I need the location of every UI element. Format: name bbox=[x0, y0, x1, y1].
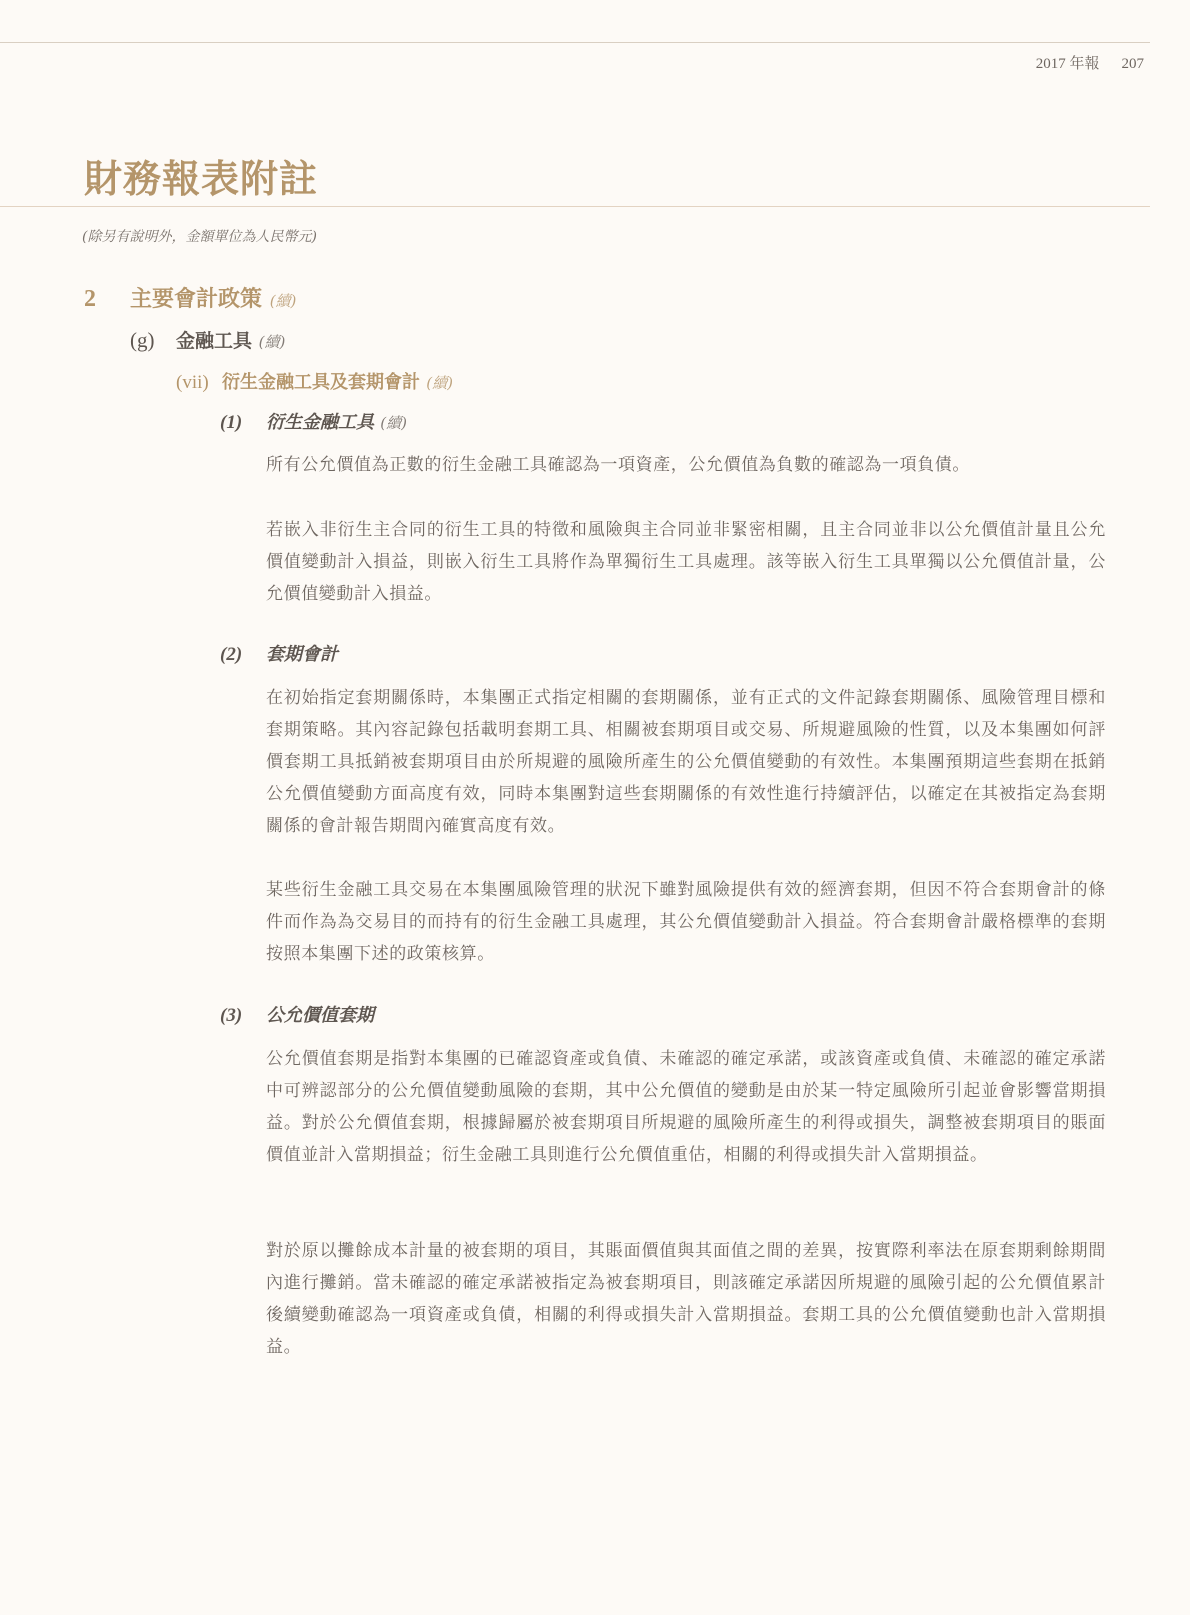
paragraph: 若嵌入非衍生主合同的衍生工具的特徵和風險與主合同並非緊密相關，且主合同並非以公允… bbox=[266, 514, 1106, 610]
section-number: 2 bbox=[84, 286, 130, 313]
section-heading: 2主要會計政策 (續) bbox=[84, 282, 296, 313]
paragraph: 某些衍生金融工具交易在本集團風險管理的狀況下雖對風險提供有效的經濟套期，但因不符… bbox=[266, 874, 1106, 970]
continued-label: (續) bbox=[259, 333, 286, 351]
unit-note: (除另有說明外，金額單位為人民幣元) bbox=[82, 226, 317, 246]
part-heading-2: (2)套期會計 bbox=[220, 640, 338, 666]
page-number: 207 bbox=[1122, 56, 1145, 72]
title-rule bbox=[0, 206, 1150, 207]
subsection-heading: (g)金融工具 (續) bbox=[130, 326, 285, 353]
part-heading-1: (1)衍生金融工具 (續) bbox=[220, 408, 407, 434]
part-title: 套期會計 bbox=[266, 644, 338, 665]
header-rule bbox=[0, 42, 1150, 43]
item-number: (vii) bbox=[176, 372, 222, 394]
part-number: (3) bbox=[220, 1005, 266, 1027]
paragraph: 所有公允價值為正數的衍生金融工具確認為一項資產，公允價值為負數的確認為一項負債。 bbox=[266, 449, 1106, 481]
subsection-title: 金融工具 bbox=[176, 330, 252, 352]
paragraph: 公允價值套期是指對本集團的已確認資產或負債、未確認的確定承諾，或該資產或負債、未… bbox=[266, 1043, 1106, 1171]
subsection-number: (g) bbox=[130, 328, 176, 353]
continued-label: (續) bbox=[380, 414, 407, 432]
part-number: (1) bbox=[220, 412, 266, 434]
continued-label: (續) bbox=[270, 292, 297, 310]
part-title: 衍生金融工具 bbox=[266, 412, 374, 433]
item-heading: (vii)衍生金融工具及套期會計 (續) bbox=[176, 368, 453, 394]
page-header: 2017 年報207 bbox=[1036, 52, 1144, 73]
part-number: (2) bbox=[220, 644, 266, 666]
paragraph: 對於原以攤餘成本計量的被套期的項目，其賬面價值與其面值之間的差異，按實際利率法在… bbox=[266, 1235, 1106, 1363]
part-title: 公允價值套期 bbox=[266, 1005, 374, 1026]
section-title: 主要會計政策 bbox=[130, 286, 262, 312]
report-label: 2017 年報 bbox=[1036, 56, 1100, 72]
paragraph: 在初始指定套期關係時，本集團正式指定相關的套期關係，並有正式的文件記錄套期關係、… bbox=[266, 682, 1106, 842]
continued-label: (續) bbox=[426, 374, 453, 392]
part-heading-3: (3)公允價值套期 bbox=[220, 1001, 374, 1027]
item-title: 衍生金融工具及套期會計 bbox=[222, 372, 420, 393]
page-title: 財務報表附註 bbox=[84, 148, 318, 203]
